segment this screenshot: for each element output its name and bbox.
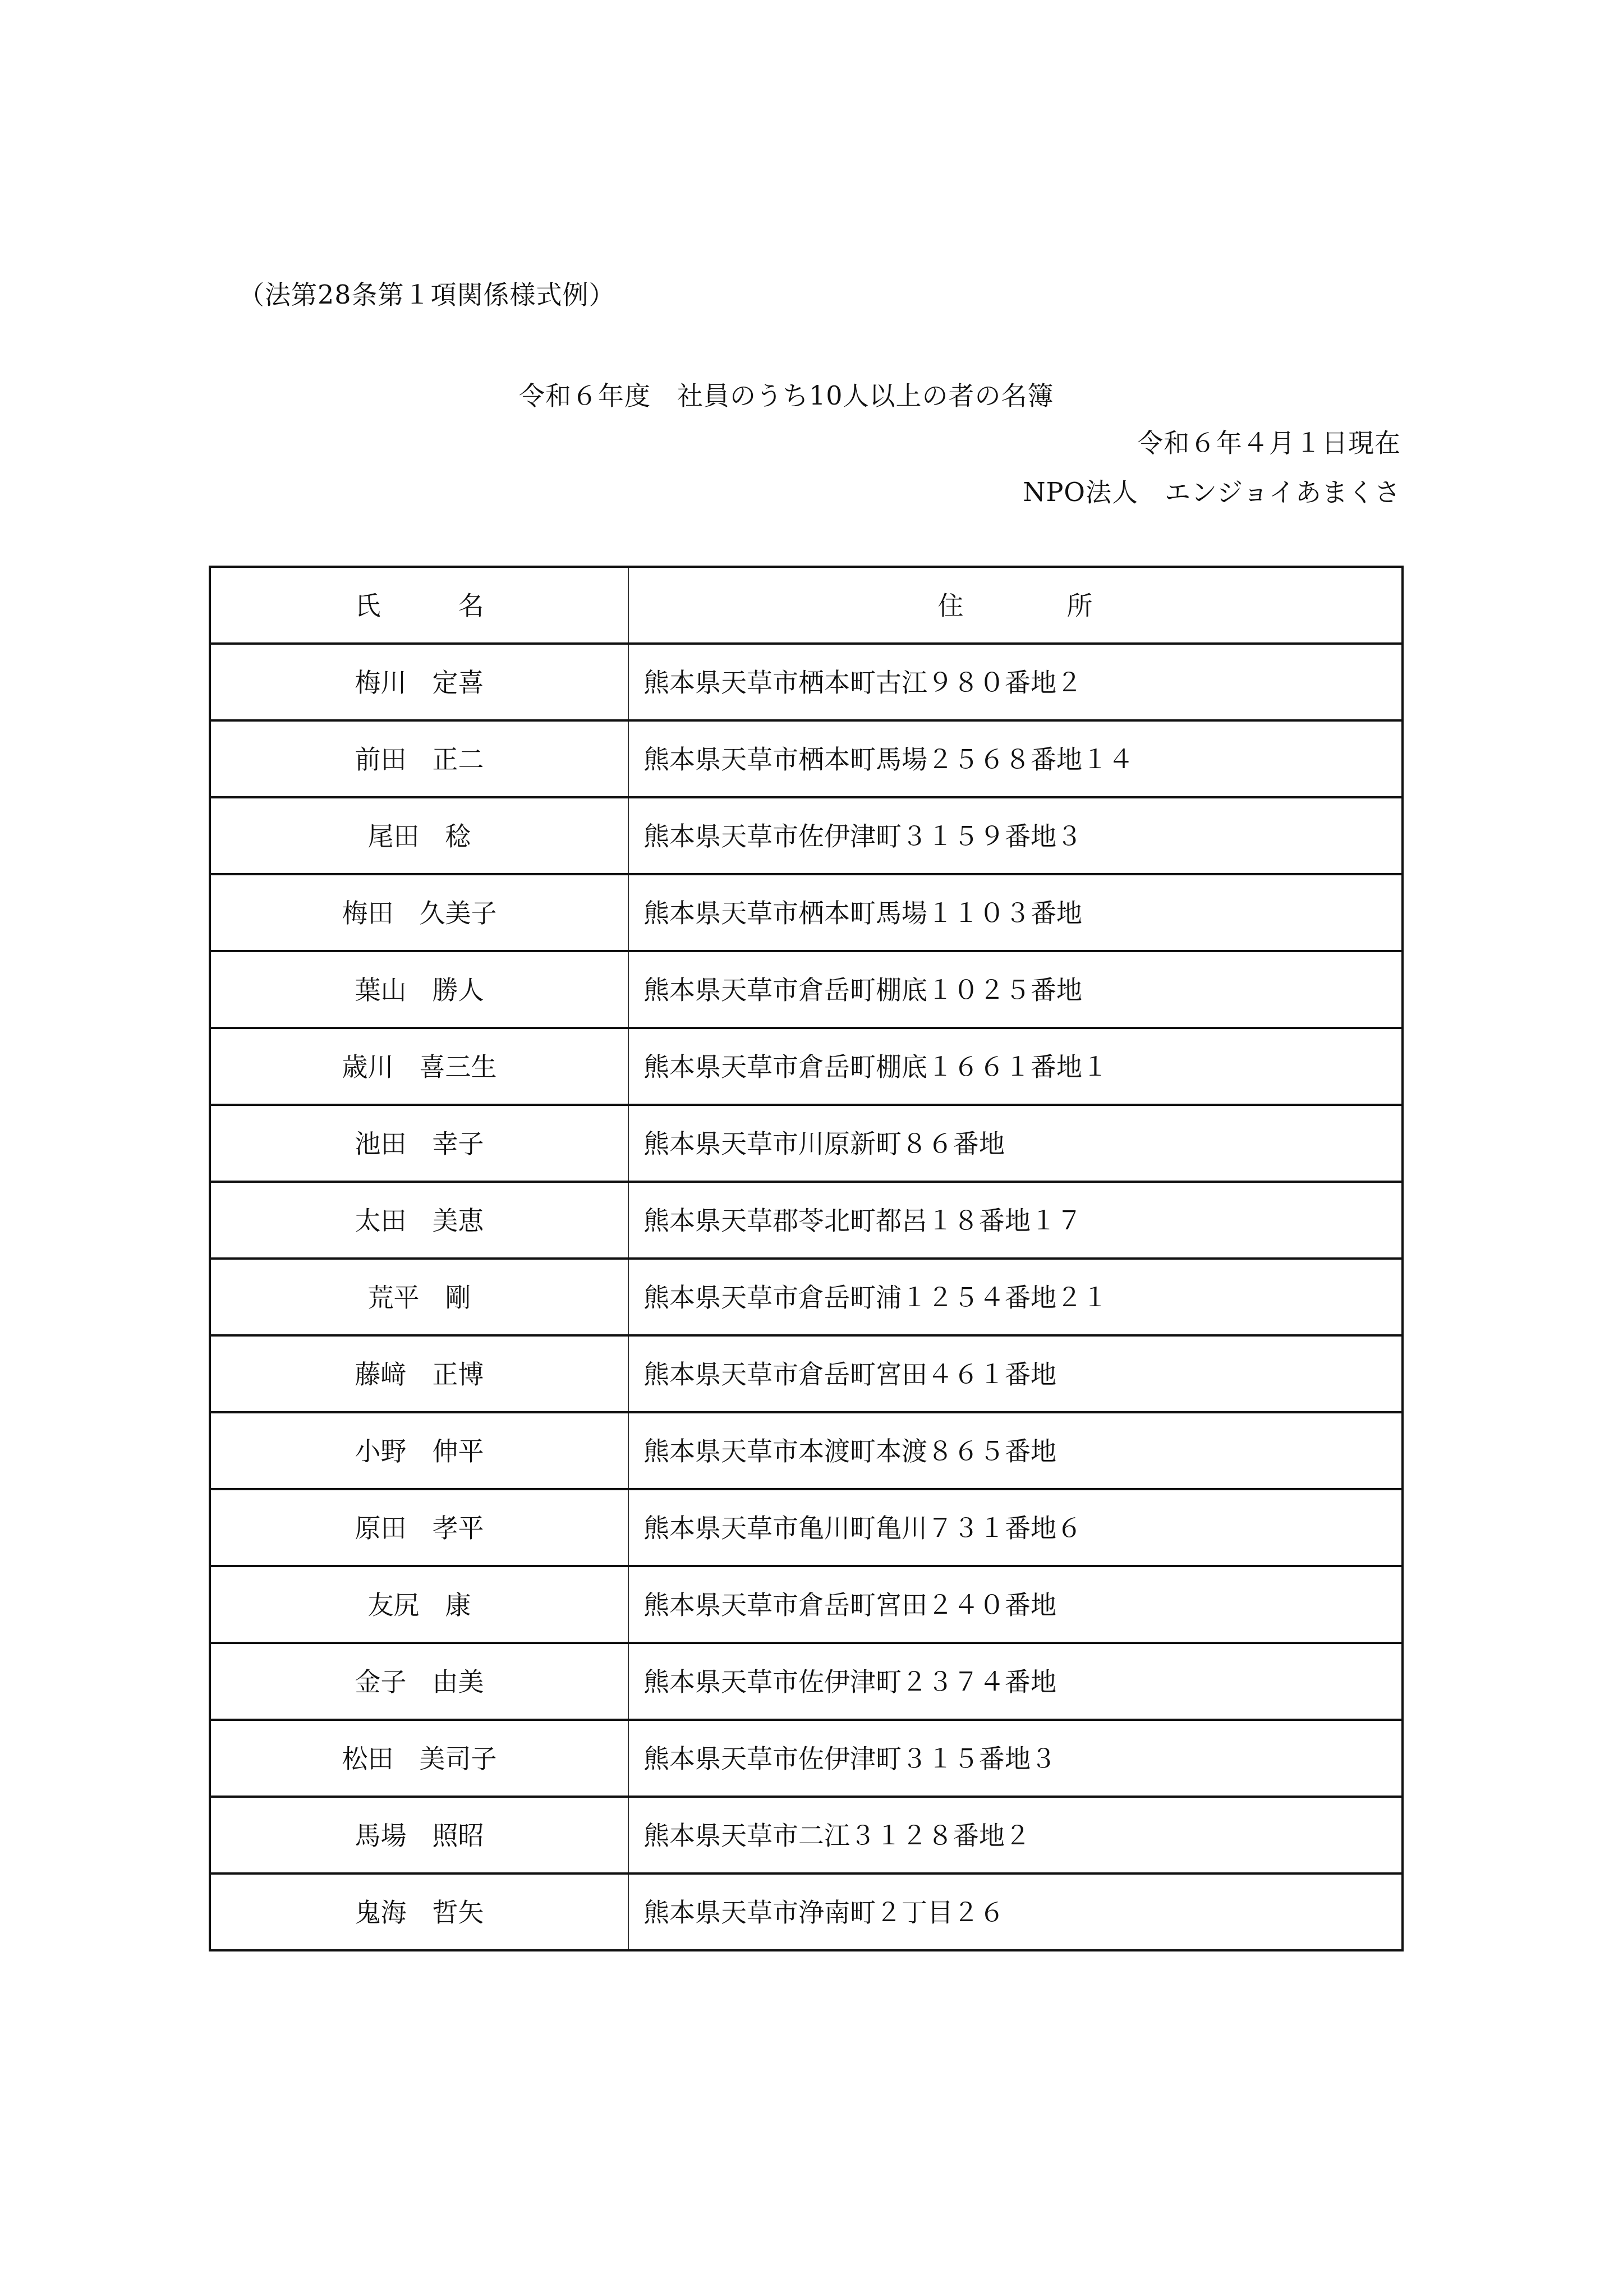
member-address: 熊本県天草市栖本町馬場１１０３番地 xyxy=(628,874,1403,951)
member-address: 熊本県天草市倉岳町宮田２４０番地 xyxy=(628,1566,1403,1643)
member-name: 鬼海 哲矢 xyxy=(210,1873,628,1950)
organization-name: NPO法人 エンジョイあまくさ xyxy=(1023,472,1401,512)
table-row: 荒平 剛 熊本県天草市倉岳町浦１２５４番地２１ xyxy=(210,1259,1403,1335)
as-of-date: 令和６年４月１日現在 xyxy=(1137,423,1401,462)
member-name: 原田 孝平 xyxy=(210,1489,628,1566)
member-address: 熊本県天草市倉岳町浦１２５４番地２１ xyxy=(628,1259,1403,1335)
member-address: 熊本県天草市浄南町２丁目２６ xyxy=(628,1873,1403,1950)
member-address: 熊本県天草市川原新町８６番地 xyxy=(628,1105,1403,1182)
table-row: 梅田 久美子 熊本県天草市栖本町馬場１１０３番地 xyxy=(210,874,1403,951)
member-name: 馬場 照昭 xyxy=(210,1797,628,1873)
header-address: 住 所 xyxy=(628,567,1403,644)
member-address: 熊本県天草郡苓北町都呂１８番地１７ xyxy=(628,1182,1403,1259)
table-row: 藤﨑 正博 熊本県天草市倉岳町宮田４６１番地 xyxy=(210,1335,1403,1412)
member-name: 金子 由美 xyxy=(210,1643,628,1720)
table-row: 友尻 康 熊本県天草市倉岳町宮田２４０番地 xyxy=(210,1566,1403,1643)
member-name: 小野 伸平 xyxy=(210,1412,628,1489)
table-row: 松田 美司子 熊本県天草市佐伊津町３１５番地３ xyxy=(210,1720,1403,1797)
member-name: 梅川 定喜 xyxy=(210,644,628,720)
member-address: 熊本県天草市本渡町本渡８６５番地 xyxy=(628,1412,1403,1489)
member-address: 熊本県天草市佐伊津町２３７４番地 xyxy=(628,1643,1403,1720)
table-row: 馬場 照昭 熊本県天草市二江３１２８番地２ xyxy=(210,1797,1403,1873)
member-roster-table: 氏 名 住 所 梅川 定喜 熊本県天草市栖本町古江９８０番地２ 前田 正二 熊本… xyxy=(209,566,1404,1951)
table-row: 梅川 定喜 熊本県天草市栖本町古江９８０番地２ xyxy=(210,644,1403,720)
member-address: 熊本県天草市佐伊津町３１５番地３ xyxy=(628,1720,1403,1797)
member-name: 松田 美司子 xyxy=(210,1720,628,1797)
member-name: 尾田 稔 xyxy=(210,797,628,874)
table-row: 歳川 喜三生 熊本県天草市倉岳町棚底１６６１番地１ xyxy=(210,1028,1403,1105)
member-name: 梅田 久美子 xyxy=(210,874,628,951)
table-row: 金子 由美 熊本県天草市佐伊津町２３７４番地 xyxy=(210,1643,1403,1720)
member-address: 熊本県天草市佐伊津町３１５９番地３ xyxy=(628,797,1403,874)
document-title: 令和６年度 社員のうち10人以上の者の名簿 xyxy=(519,376,1054,415)
member-name: 池田 幸子 xyxy=(210,1105,628,1182)
table-header-row: 氏 名 住 所 xyxy=(210,567,1403,644)
table-row: 鬼海 哲矢 熊本県天草市浄南町２丁目２６ xyxy=(210,1873,1403,1950)
table-row: 葉山 勝人 熊本県天草市倉岳町棚底１０２５番地 xyxy=(210,951,1403,1028)
header-name: 氏 名 xyxy=(210,567,628,644)
member-address: 熊本県天草市栖本町馬場２５６８番地１４ xyxy=(628,720,1403,797)
member-address: 熊本県天草市倉岳町棚底１６６１番地１ xyxy=(628,1028,1403,1105)
member-name: 前田 正二 xyxy=(210,720,628,797)
table-row: 池田 幸子 熊本県天草市川原新町８６番地 xyxy=(210,1105,1403,1182)
table-row: 前田 正二 熊本県天草市栖本町馬場２５６８番地１４ xyxy=(210,720,1403,797)
table-row: 小野 伸平 熊本県天草市本渡町本渡８６５番地 xyxy=(210,1412,1403,1489)
table-row: 尾田 稔 熊本県天草市佐伊津町３１５９番地３ xyxy=(210,797,1403,874)
member-address: 熊本県天草市倉岳町宮田４６１番地 xyxy=(628,1335,1403,1412)
member-name: 太田 美恵 xyxy=(210,1182,628,1259)
member-name: 葉山 勝人 xyxy=(210,951,628,1028)
table-row: 太田 美恵 熊本県天草郡苓北町都呂１８番地１７ xyxy=(210,1182,1403,1259)
member-address: 熊本県天草市倉岳町棚底１０２５番地 xyxy=(628,951,1403,1028)
member-name: 歳川 喜三生 xyxy=(210,1028,628,1105)
member-address: 熊本県天草市亀川町亀川７３１番地６ xyxy=(628,1489,1403,1566)
member-address: 熊本県天草市二江３１２８番地２ xyxy=(628,1797,1403,1873)
member-name: 荒平 剛 xyxy=(210,1259,628,1335)
table-row: 原田 孝平 熊本県天草市亀川町亀川７３１番地６ xyxy=(210,1489,1403,1566)
member-name: 藤﨑 正博 xyxy=(210,1335,628,1412)
member-address: 熊本県天草市栖本町古江９８０番地２ xyxy=(628,644,1403,720)
form-reference: （法第28条第１項関係様式例） xyxy=(238,275,615,314)
member-name: 友尻 康 xyxy=(210,1566,628,1643)
